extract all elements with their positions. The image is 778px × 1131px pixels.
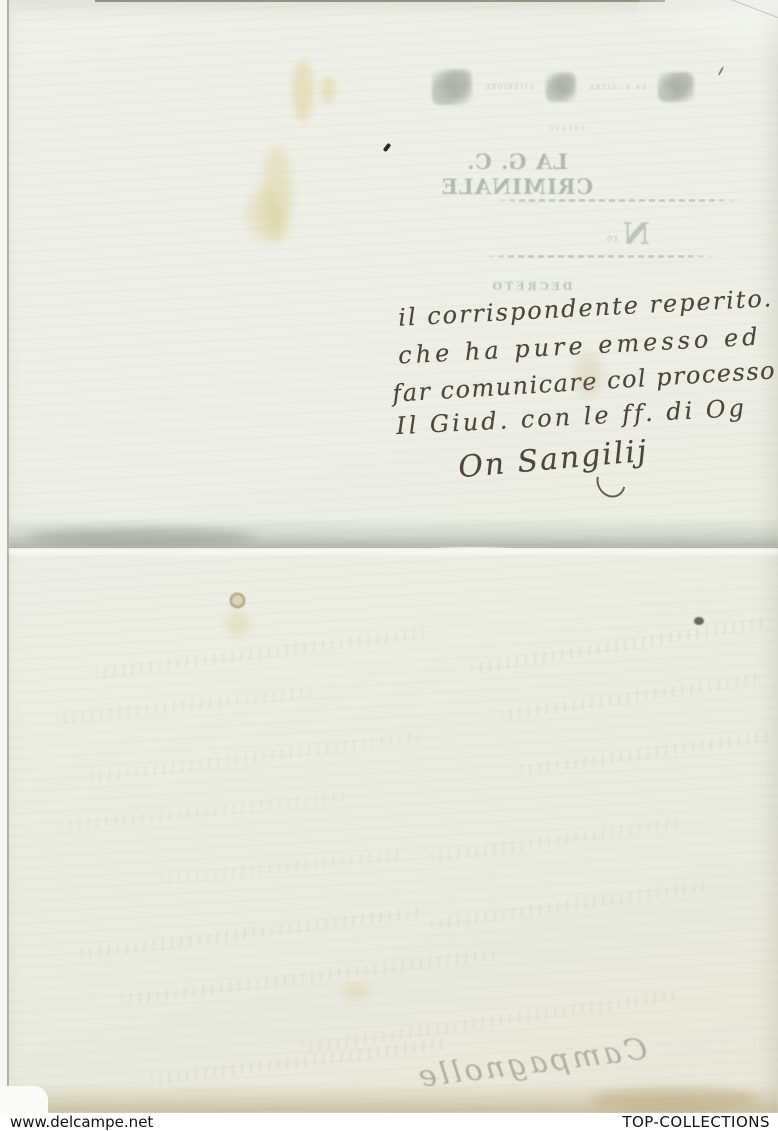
showthrough-rule-top [489,199,745,202]
showthrough-numero-suffix: ro. [602,234,617,250]
paper-top-edge [95,0,665,2]
paper-left-edge [7,0,9,1113]
ornament-blob-icon [658,72,694,102]
showthrough-numero-initial: N [623,220,650,250]
delcampe-watermark: www.delcampe.net [0,1113,153,1131]
horizontal-fold-shadow-left [25,528,255,545]
ornament-blob-icon [546,72,576,102]
showthrough-rule-bottom [478,255,720,258]
scanned-document: la s. citra citeriore presso LA G. C. CR… [0,0,778,1131]
showthrough-tiny-word: presso [538,124,594,133]
top-collections-watermark: TOP-COLLECTIONS [622,1113,778,1131]
showthrough-numero: N ro. [578,208,650,250]
bottom-stain-blotch [590,1088,760,1110]
ornament-blob-icon [432,69,472,105]
showthrough-ornate-header-row: la s. citra citeriore [432,64,694,110]
bottom-left-scan-notch [0,1086,48,1113]
showthrough-decreto-label: DECRETO [486,280,576,293]
watermark-footer: www.delcampe.net TOP-COLLECTIONS [0,1113,778,1131]
showthrough-header-fragment-left: la s. citra [588,82,645,92]
showthrough-court-title: LA G. C. CRIMINALE [391,149,643,199]
horizontal-fold-highlight [9,548,778,555]
showthrough-header-fragment-right: citeriore [484,82,534,92]
